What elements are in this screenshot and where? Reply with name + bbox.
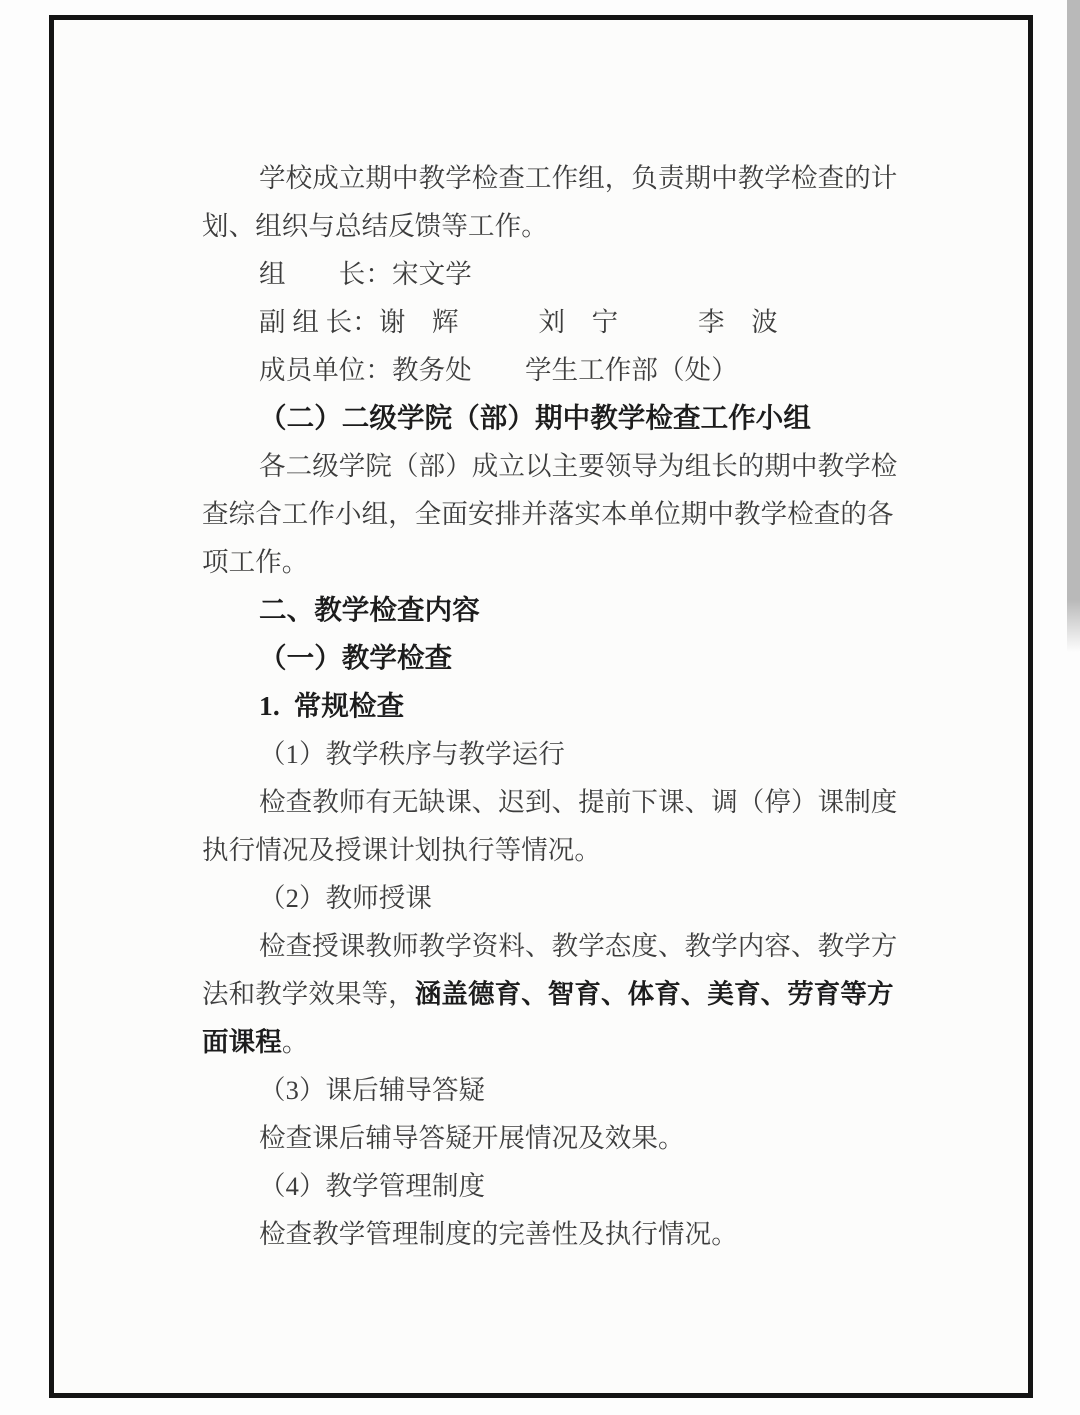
- text-run: 检查课后辅导答疑开展情况及效果。: [259, 1123, 685, 1153]
- scrollbar-thumb[interactable]: [1067, 0, 1080, 652]
- document-text-block: 学校成立期中教学检查工作组，负责期中教学检查的计划、组织与总结反馈等工作。组 长…: [202, 154, 902, 1258]
- text-line: （1）教学秩序与教学运行: [202, 730, 902, 778]
- text-run: 组 长：宋文学: [259, 259, 472, 289]
- text-run: （3）课后辅导答疑: [259, 1075, 485, 1105]
- text-run: 划、组织与总结反馈等工作。: [202, 211, 548, 241]
- document-viewer: 学校成立期中教学检查工作组，负责期中教学检查的计划、组织与总结反馈等工作。组 长…: [0, 0, 1080, 1415]
- text-run: 检查授课教师教学资料、教学态度、教学内容、教学方: [259, 931, 897, 961]
- text-line: 检查教学管理制度的完善性及执行情况。: [202, 1210, 902, 1258]
- text-line: （3）课后辅导答疑: [202, 1066, 902, 1114]
- text-line: 检查课后辅导答疑开展情况及效果。: [202, 1114, 902, 1162]
- text-line: 法和教学效果等，涵盖德育、智育、体育、美育、劳育等方: [202, 970, 902, 1018]
- text-run: 成员单位：教务处 学生工作部（处）: [259, 355, 738, 385]
- text-line: （4）教学管理制度: [202, 1162, 902, 1210]
- text-run: （1）教学秩序与教学运行: [259, 739, 565, 769]
- text-run: 检查教师有无缺课、迟到、提前下课、调（停）课制度: [259, 787, 897, 817]
- text-run: 执行情况及授课计划执行等情况。: [202, 835, 601, 865]
- text-line: 检查教师有无缺课、迟到、提前下课、调（停）课制度: [202, 778, 902, 826]
- text-run: （2）教师授课: [259, 883, 432, 913]
- document-page: 学校成立期中教学检查工作组，负责期中教学检查的计划、组织与总结反馈等工作。组 长…: [49, 15, 1033, 1398]
- heading-line: （一）教学检查: [202, 634, 902, 682]
- text-line: 学校成立期中教学检查工作组，负责期中教学检查的计: [202, 154, 902, 202]
- text-line: 检查授课教师教学资料、教学态度、教学内容、教学方: [202, 922, 902, 970]
- text-line: 副 组 长：谢 辉 刘 宁 李 波: [202, 298, 902, 346]
- text-run: 副 组 长：谢 辉 刘 宁 李 波: [259, 307, 778, 337]
- text-run: 各二级学院（部）成立以主要领导为组长的期中教学检: [259, 451, 897, 481]
- text-line: 查综合工作小组，全面安排并落实本单位期中教学检查的各: [202, 490, 902, 538]
- text-run: 学校成立期中教学检查工作组，负责期中教学检查的计: [259, 163, 897, 193]
- bold-text-run: 二、教学检查内容: [259, 594, 480, 625]
- heading-line: （二）二级学院（部）期中教学检查工作小组: [202, 394, 902, 442]
- text-line: 项工作。: [202, 538, 902, 586]
- text-line: 面课程。: [202, 1018, 902, 1066]
- text-run: （4）教学管理制度: [259, 1171, 485, 1201]
- text-line: 成员单位：教务处 学生工作部（处）: [202, 346, 902, 394]
- text-run: 。: [282, 1027, 309, 1057]
- text-run: 查综合工作小组，全面安排并落实本单位期中教学检查的各: [202, 499, 894, 529]
- text-line: 组 长：宋文学: [202, 250, 902, 298]
- text-line: 各二级学院（部）成立以主要领导为组长的期中教学检: [202, 442, 902, 490]
- text-line: 执行情况及授课计划执行等情况。: [202, 826, 902, 874]
- bold-text-run: （一）教学检查: [259, 642, 452, 673]
- bold-text-run: 面课程: [202, 1027, 282, 1057]
- bold-text-run: 涵盖德育、智育、体育、美育、劳育等方: [415, 979, 894, 1009]
- bold-text-run: （二）二级学院（部）期中教学检查工作小组: [259, 402, 811, 433]
- text-run: 项工作。: [202, 547, 308, 577]
- text-line: （2）教师授课: [202, 874, 902, 922]
- heading-line: 1. 常规检查: [202, 682, 902, 730]
- bold-text-run: 1. 常规检查: [259, 690, 404, 721]
- heading-line: 二、教学检查内容: [202, 586, 902, 634]
- text-run: 法和教学效果等，: [202, 979, 415, 1009]
- text-run: 检查教学管理制度的完善性及执行情况。: [259, 1219, 738, 1249]
- text-line: 划、组织与总结反馈等工作。: [202, 202, 902, 250]
